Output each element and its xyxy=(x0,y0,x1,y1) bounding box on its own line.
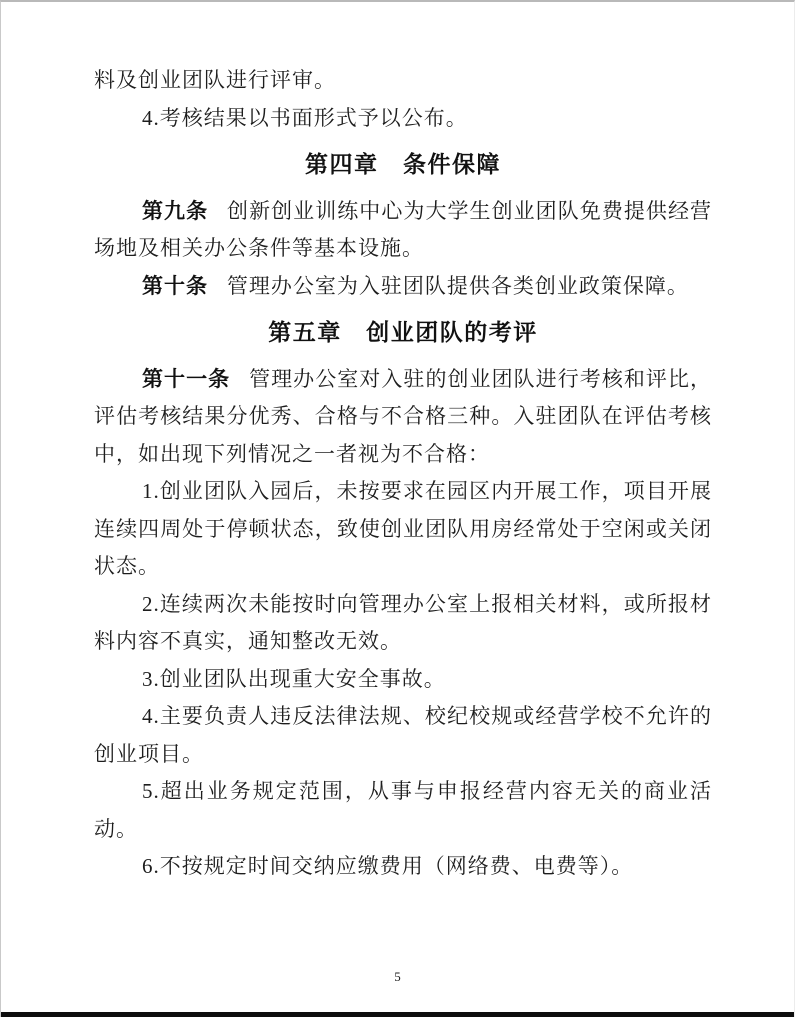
document-page: 料及创业团队进行评审。4.考核结果以书面形式予以公布。第四章 条件保障第九条创新… xyxy=(0,0,795,1017)
paragraph: 5.超出业务规定范围，从事与申报经营内容无关的商业活动。 xyxy=(94,773,712,848)
paragraph: 第十一条管理办公室对入驻的创业团队进行考核和评比，评估考核结果分优秀、合格与不合… xyxy=(94,361,712,474)
article-label: 第九条 xyxy=(142,199,208,223)
article-label: 第十一条 xyxy=(142,367,230,391)
paragraph: 第十条管理办公室为入驻团队提供各类创业政策保障。 xyxy=(94,268,712,306)
paragraph: 1.创业团队入园后，未按要求在园区内开展工作，项目开展连续四周处于停顿状态，致使… xyxy=(94,473,712,586)
paragraph: 3.创业团队出现重大安全事故。 xyxy=(94,661,712,699)
paragraph: 料及创业团队进行评审。 xyxy=(94,62,712,100)
paragraph: 6.不按规定时间交纳应缴费用（网络费、电费等）。 xyxy=(94,848,712,886)
chapter-heading: 第五章 创业团队的考评 xyxy=(94,314,712,352)
page-number: 5 xyxy=(1,969,794,985)
document-body: 料及创业团队进行评审。4.考核结果以书面形式予以公布。第四章 条件保障第九条创新… xyxy=(94,62,712,886)
chapter-heading: 第四章 条件保障 xyxy=(94,146,712,184)
article-label: 第十条 xyxy=(142,274,208,298)
paragraph: 4.考核结果以书面形式予以公布。 xyxy=(94,100,712,138)
paragraph: 4.主要负责人违反法律法规、校纪校规或经营学校不允许的创业项目。 xyxy=(94,698,712,773)
paragraph: 2.连续两次未能按时向管理办公室上报相关材料，或所报材料内容不真实，通知整改无效… xyxy=(94,586,712,661)
paragraph: 第九条创新创业训练中心为大学生创业团队免费提供经营场地及相关办公条件等基本设施。 xyxy=(94,193,712,268)
scan-bottom-edge xyxy=(1,1012,794,1017)
